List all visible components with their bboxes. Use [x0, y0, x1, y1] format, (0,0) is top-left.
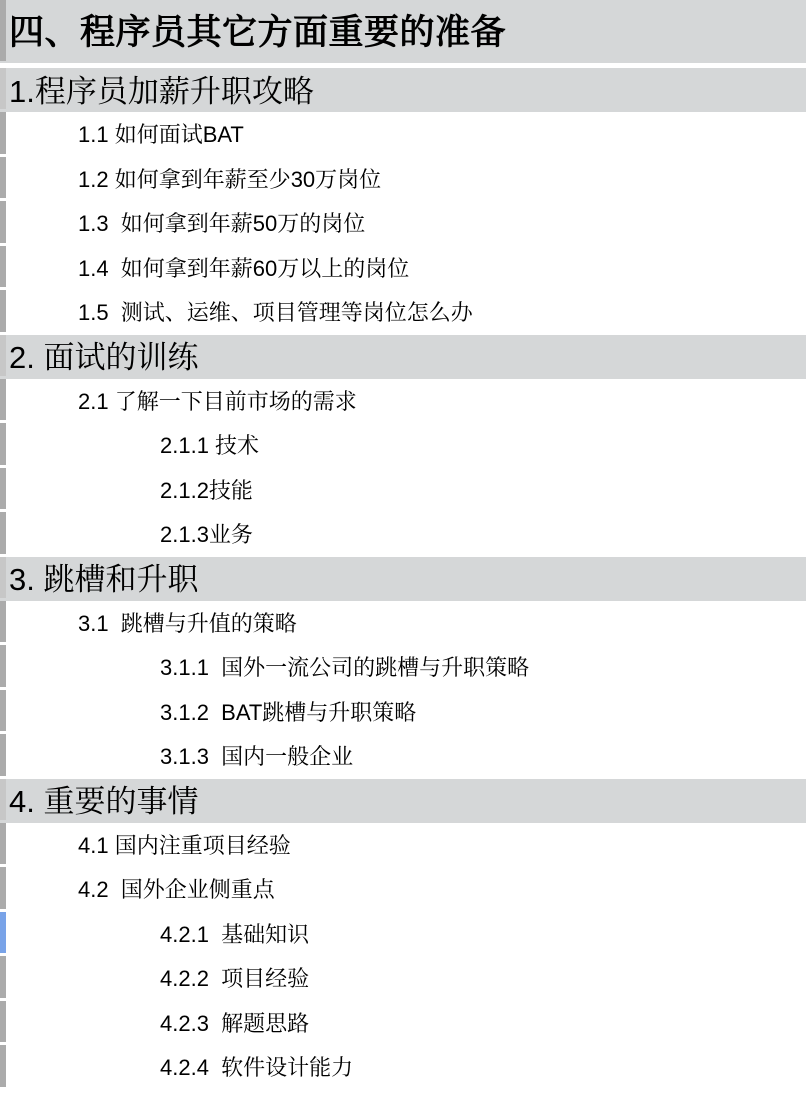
outline-page: 四、程序员其它方面重要的准备 1.程序员加薪升职攻略 1.1 如何面试BAT 1…	[0, 0, 806, 1114]
outline-row-section-2[interactable]: 2. 面试的训练	[0, 335, 806, 379]
row-selection-indicator	[0, 912, 6, 954]
outline-row-item-3-1-3[interactable]: 3.1.3 国内一般企业	[0, 734, 806, 779]
outline-row-item-3-1-1[interactable]: 3.1.1 国外一流公司的跳槽与升职策略	[0, 645, 806, 690]
outline-row-label: 4.2.2 项目经验	[0, 966, 309, 990]
row-edge-strip	[0, 335, 6, 376]
outline-row-item-3-1[interactable]: 3.1 跳槽与升值的策略	[0, 601, 806, 646]
outline-row-label: 1.4 如何拿到年薪60万以上的岗位	[0, 256, 409, 280]
outline-row-label: 4.2.3 解题思路	[0, 1011, 309, 1035]
outline-row-label: 3.1 跳槽与升值的策略	[0, 611, 297, 635]
row-edge-strip	[0, 201, 6, 243]
outline-row-item-2-1-1[interactable]: 2.1.1 技术	[0, 423, 806, 468]
outline-row-item-2-1[interactable]: 2.1 了解一下目前市场的需求	[0, 379, 806, 424]
row-edge-strip	[0, 645, 6, 687]
row-edge-strip	[0, 1045, 6, 1087]
outline-row-section-4[interactable]: 4. 重要的事情	[0, 779, 806, 823]
outline-row-label: 3.1.3 国内一般企业	[0, 744, 353, 768]
outline-row-item-1-1[interactable]: 1.1 如何面试BAT	[0, 112, 806, 157]
outline-row-label: 3.1.2 BAT跳槽与升职策略	[0, 700, 416, 724]
row-edge-strip	[0, 157, 6, 199]
outline-row-item-4-2-4[interactable]: 4.2.4 软件设计能力	[0, 1045, 806, 1090]
row-edge-strip	[0, 867, 6, 909]
row-edge-strip	[0, 823, 6, 865]
outline-row-label: 1.3 如何拿到年薪50万的岗位	[0, 211, 365, 235]
outline-row-label: 1.1 如何面试BAT	[0, 122, 244, 146]
outline-row-heading[interactable]: 四、程序员其它方面重要的准备	[0, 0, 806, 63]
outline-row-item-2-1-3[interactable]: 2.1.3业务	[0, 512, 806, 557]
row-edge-strip	[0, 956, 6, 998]
outline-row-label: 2.1.2技能	[0, 478, 253, 502]
row-edge-strip	[0, 690, 6, 732]
row-edge-strip	[0, 1001, 6, 1043]
outline-row-label: 4.1 国内注重项目经验	[0, 833, 291, 857]
outline-row-item-1-2[interactable]: 1.2 如何拿到年薪至少30万岗位	[0, 157, 806, 202]
outline-row-item-1-4[interactable]: 1.4 如何拿到年薪60万以上的岗位	[0, 246, 806, 291]
outline-row-label: 四、程序员其它方面重要的准备	[0, 13, 506, 50]
row-edge-strip	[0, 557, 6, 598]
row-edge-strip	[0, 734, 6, 776]
outline-row-item-1-5[interactable]: 1.5 测试、运维、项目管理等岗位怎么办	[0, 290, 806, 335]
outline-row-label: 2.1.1 技术	[0, 433, 259, 457]
row-edge-strip	[0, 379, 6, 421]
outline-row-item-1-3[interactable]: 1.3 如何拿到年薪50万的岗位	[0, 201, 806, 246]
outline-row-item-3-1-2[interactable]: 3.1.2 BAT跳槽与升职策略	[0, 690, 806, 735]
outline-row-item-4-2[interactable]: 4.2 国外企业侧重点	[0, 867, 806, 912]
outline-row-item-4-2-2[interactable]: 4.2.2 项目经验	[0, 956, 806, 1001]
outline-row-label: 3. 跳槽和升职	[0, 562, 198, 595]
row-edge-strip	[0, 512, 6, 554]
row-edge-strip	[0, 112, 6, 154]
outline-row-section-1[interactable]: 1.程序员加薪升职攻略	[0, 68, 806, 112]
outline-row-section-3[interactable]: 3. 跳槽和升职	[0, 557, 806, 601]
row-edge-strip	[0, 246, 6, 288]
row-edge-strip	[0, 779, 6, 820]
outline-row-item-4-2-3[interactable]: 4.2.3 解题思路	[0, 1001, 806, 1046]
row-edge-strip	[0, 601, 6, 643]
outline-row-label: 4.2.4 软件设计能力	[0, 1055, 353, 1079]
outline-row-label: 2. 面试的训练	[0, 340, 198, 373]
outline-row-label: 2.1.3业务	[0, 522, 253, 546]
outline-row-label: 4.2 国外企业侧重点	[0, 877, 275, 901]
row-edge-strip	[0, 68, 6, 109]
outline-rows-container: 四、程序员其它方面重要的准备 1.程序员加薪升职攻略 1.1 如何面试BAT 1…	[0, 0, 806, 1090]
row-edge-strip	[0, 468, 6, 510]
outline-row-label: 4.2.1 基础知识	[0, 922, 309, 946]
row-edge-strip	[0, 290, 6, 332]
row-edge-strip	[0, 423, 6, 465]
outline-row-item-4-1[interactable]: 4.1 国内注重项目经验	[0, 823, 806, 868]
outline-row-item-2-1-2[interactable]: 2.1.2技能	[0, 468, 806, 513]
outline-row-label: 1.2 如何拿到年薪至少30万岗位	[0, 167, 381, 191]
outline-row-label: 1.5 测试、运维、项目管理等岗位怎么办	[0, 300, 473, 324]
row-edge-strip	[0, 0, 6, 61]
outline-row-label: 3.1.1 国外一流公司的跳槽与升职策略	[0, 655, 529, 679]
outline-row-label: 2.1 了解一下目前市场的需求	[0, 389, 357, 413]
outline-row-label: 1.程序员加薪升职攻略	[0, 74, 314, 107]
outline-row-item-4-2-1[interactable]: 4.2.1 基础知识	[0, 912, 806, 957]
outline-row-label: 4. 重要的事情	[0, 784, 198, 817]
